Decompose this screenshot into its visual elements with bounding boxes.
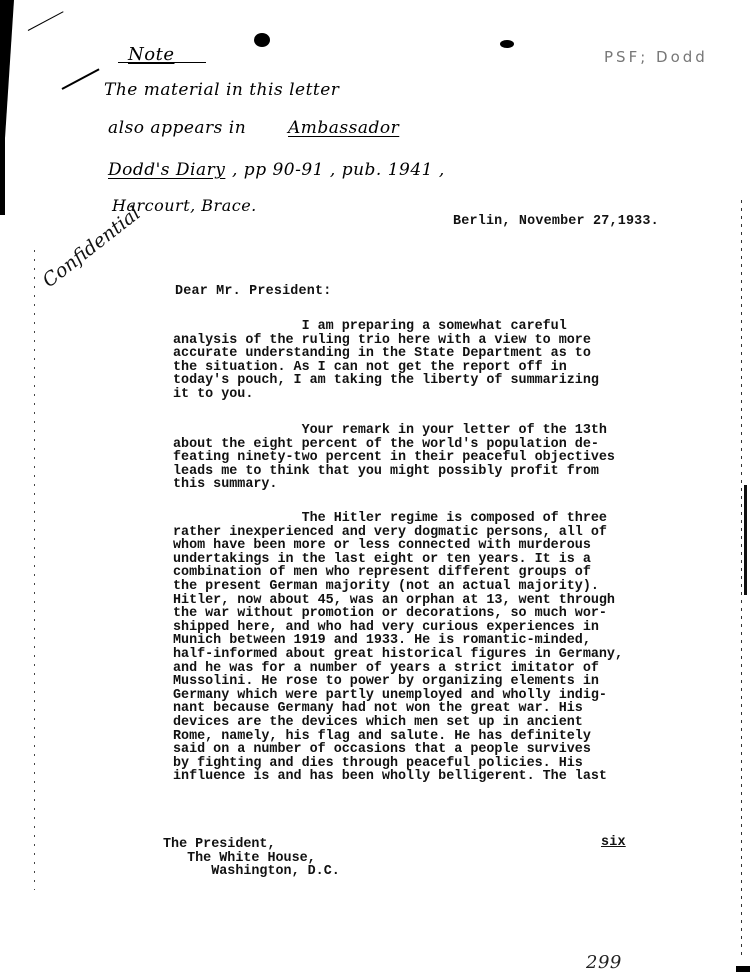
paragraph-line: Munich between 1919 and 1933. He is roma… [173, 634, 693, 648]
continuation-marker: six [601, 836, 626, 850]
paragraph-line: combination of men who represent differe… [173, 566, 693, 580]
paragraph-line: undertakings in the last eight or ten ye… [173, 553, 693, 567]
archive-stamp: PSF; Dodd [604, 48, 708, 66]
paragraph-line: nant because Germany had not won the gre… [173, 702, 693, 716]
scan-border-right [744, 485, 747, 595]
place-and-date: Berlin, November 27,1933. [453, 215, 659, 229]
paragraph-line: whom have been more or less connected wi… [173, 539, 693, 553]
paragraph-line: The Hitler regime is composed of three [173, 512, 693, 526]
paragraph-line: Rome, namely, his flag and salute. He ha… [173, 730, 693, 744]
addressee-line: The White House, [163, 852, 683, 866]
paragraph-line: said on a number of occasions that a peo… [173, 743, 693, 757]
note-heading-rule [118, 62, 206, 63]
paragraph-line: the present German majority (not an actu… [173, 580, 693, 594]
paragraph-line: leads me to think that you might possibl… [173, 465, 693, 479]
paragraph-line: half-informed about great historical fig… [173, 648, 693, 662]
paragraph-line: and he was for a number of years a stric… [173, 662, 693, 676]
note-line-3: , pp 90-91 , pub. 1941 , [232, 160, 445, 180]
paragraph-line: influence is and has been wholly bellige… [173, 770, 693, 784]
paragraph-line: by fighting and dies through peaceful po… [173, 757, 693, 771]
note-book-title-part2: Dodd's Diary [108, 160, 225, 180]
paragraph-line: rather inexperienced and very dogmatic p… [173, 526, 693, 540]
scan-corner-mark [736, 966, 750, 972]
addressee-line: Washington, D.C. [163, 865, 683, 879]
paragraph-line: today's pouch, I am taking the liberty o… [173, 374, 693, 388]
paragraph-line: I am preparing a somewhat careful [173, 320, 693, 334]
paragraph-line: the war without promotion or decorations… [173, 607, 693, 621]
paragraph-line: feating ninety-two percent in their peac… [173, 451, 693, 465]
salutation: Dear Mr. President: [175, 285, 331, 299]
punch-hole-icon [254, 33, 270, 47]
page-number: 299 [586, 952, 622, 972]
confidential-annotation: Confidential [38, 202, 144, 292]
paragraph-line: devices are the devices which men set up… [173, 716, 693, 730]
scan-noise-right [741, 200, 742, 960]
scan-noise-left [34, 250, 35, 890]
paragraph-line: about the eight percent of the world's p… [173, 438, 693, 452]
paragraph-line: Your remark in your letter of the 13th [173, 424, 693, 438]
note-line-1: The material in this letter [104, 80, 339, 100]
paragraph-line: this summary. [173, 478, 693, 492]
paragraph-2: Your remark in your letter of the 13th a… [173, 424, 693, 492]
scan-border-left-wedge [0, 0, 14, 215]
paragraph-line: accurate understanding in the State Depa… [173, 347, 693, 361]
pen-mark [28, 11, 64, 31]
paragraph-line: Germany which were partly unemployed and… [173, 689, 693, 703]
paragraph-line: Mussolini. He rose to power by organizin… [173, 675, 693, 689]
paragraph-line: the situation. As I can not get the repo… [173, 361, 693, 375]
paragraph-3: The Hitler regime is composed of three r… [173, 512, 693, 784]
paragraph-line: it to you. [173, 388, 693, 402]
scanned-letter-page: Note The material in this letter also ap… [0, 0, 750, 972]
punch-hole-icon [500, 40, 514, 48]
paragraph-1: I am preparing a somewhat careful analys… [173, 320, 693, 402]
note-line-2: also appears in [108, 118, 246, 138]
paragraph-line: analysis of the ruling trio here with a … [173, 334, 693, 348]
paragraph-line: shipped here, and who had very curious e… [173, 621, 693, 635]
paragraph-line: Hitler, now about 45, was an orphan at 1… [173, 594, 693, 608]
note-book-title-part1: Ambassador [288, 118, 399, 138]
pen-mark [62, 68, 100, 89]
